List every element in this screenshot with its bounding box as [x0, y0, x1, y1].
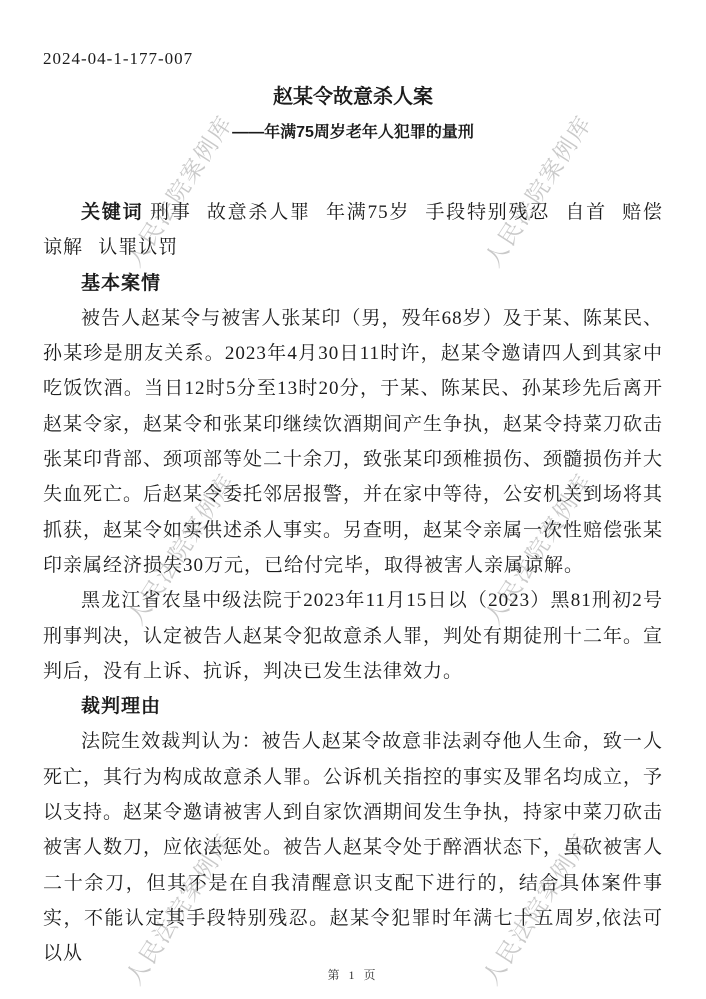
keyword-item: 刑事	[150, 202, 192, 223]
document-page: 人民法院案例库 人民法院案例库 人民法院案例库 人民法院案例库 人民法院案例库 …	[0, 0, 706, 999]
section-heading-basic-facts: 基本案情	[43, 266, 663, 301]
paragraph: 法院生效裁判认为：被告人赵某令故意非法剥夺他人生命，致一人死亡，其行为构成故意杀…	[43, 724, 663, 971]
document-number: 2024-04-1-177-007	[43, 46, 706, 72]
keyword-item: 手段特别残忍	[425, 202, 550, 223]
case-title: 赵某令故意杀人案	[0, 84, 706, 110]
keyword-item: 年满75岁	[326, 202, 410, 223]
document-body: 关键词刑事故意杀人罪年满75岁手段特别残忍自首赔偿谅解认罪认罚 基本案情 被告人…	[43, 195, 663, 972]
keyword-item: 认罪认罚	[98, 237, 178, 258]
keyword-item: 故意杀人罪	[207, 202, 311, 223]
document-content: 2024-04-1-177-007 赵某令故意杀人案 ——年满75周岁老年人犯罪…	[0, 46, 706, 972]
paragraph: 黑龙江省农垦中级法院于2023年11月15日以（2023）黑81刑初2号刑事判决…	[43, 583, 663, 689]
page-number: 第 1 页	[0, 966, 706, 983]
keyword-item: 自首	[565, 202, 607, 223]
keywords-line: 关键词刑事故意杀人罪年满75岁手段特别残忍自首赔偿谅解认罪认罚	[43, 195, 663, 266]
section-heading-judgment-reasons: 裁判理由	[43, 689, 663, 724]
paragraph: 被告人赵某令与被害人张某印（男，殁年68岁）及于某、陈某民、孙某珍是朋友关系。2…	[43, 301, 663, 583]
keywords-label: 关键词	[81, 202, 143, 223]
case-subtitle: ——年满75周岁老年人犯罪的量刑	[0, 123, 706, 143]
